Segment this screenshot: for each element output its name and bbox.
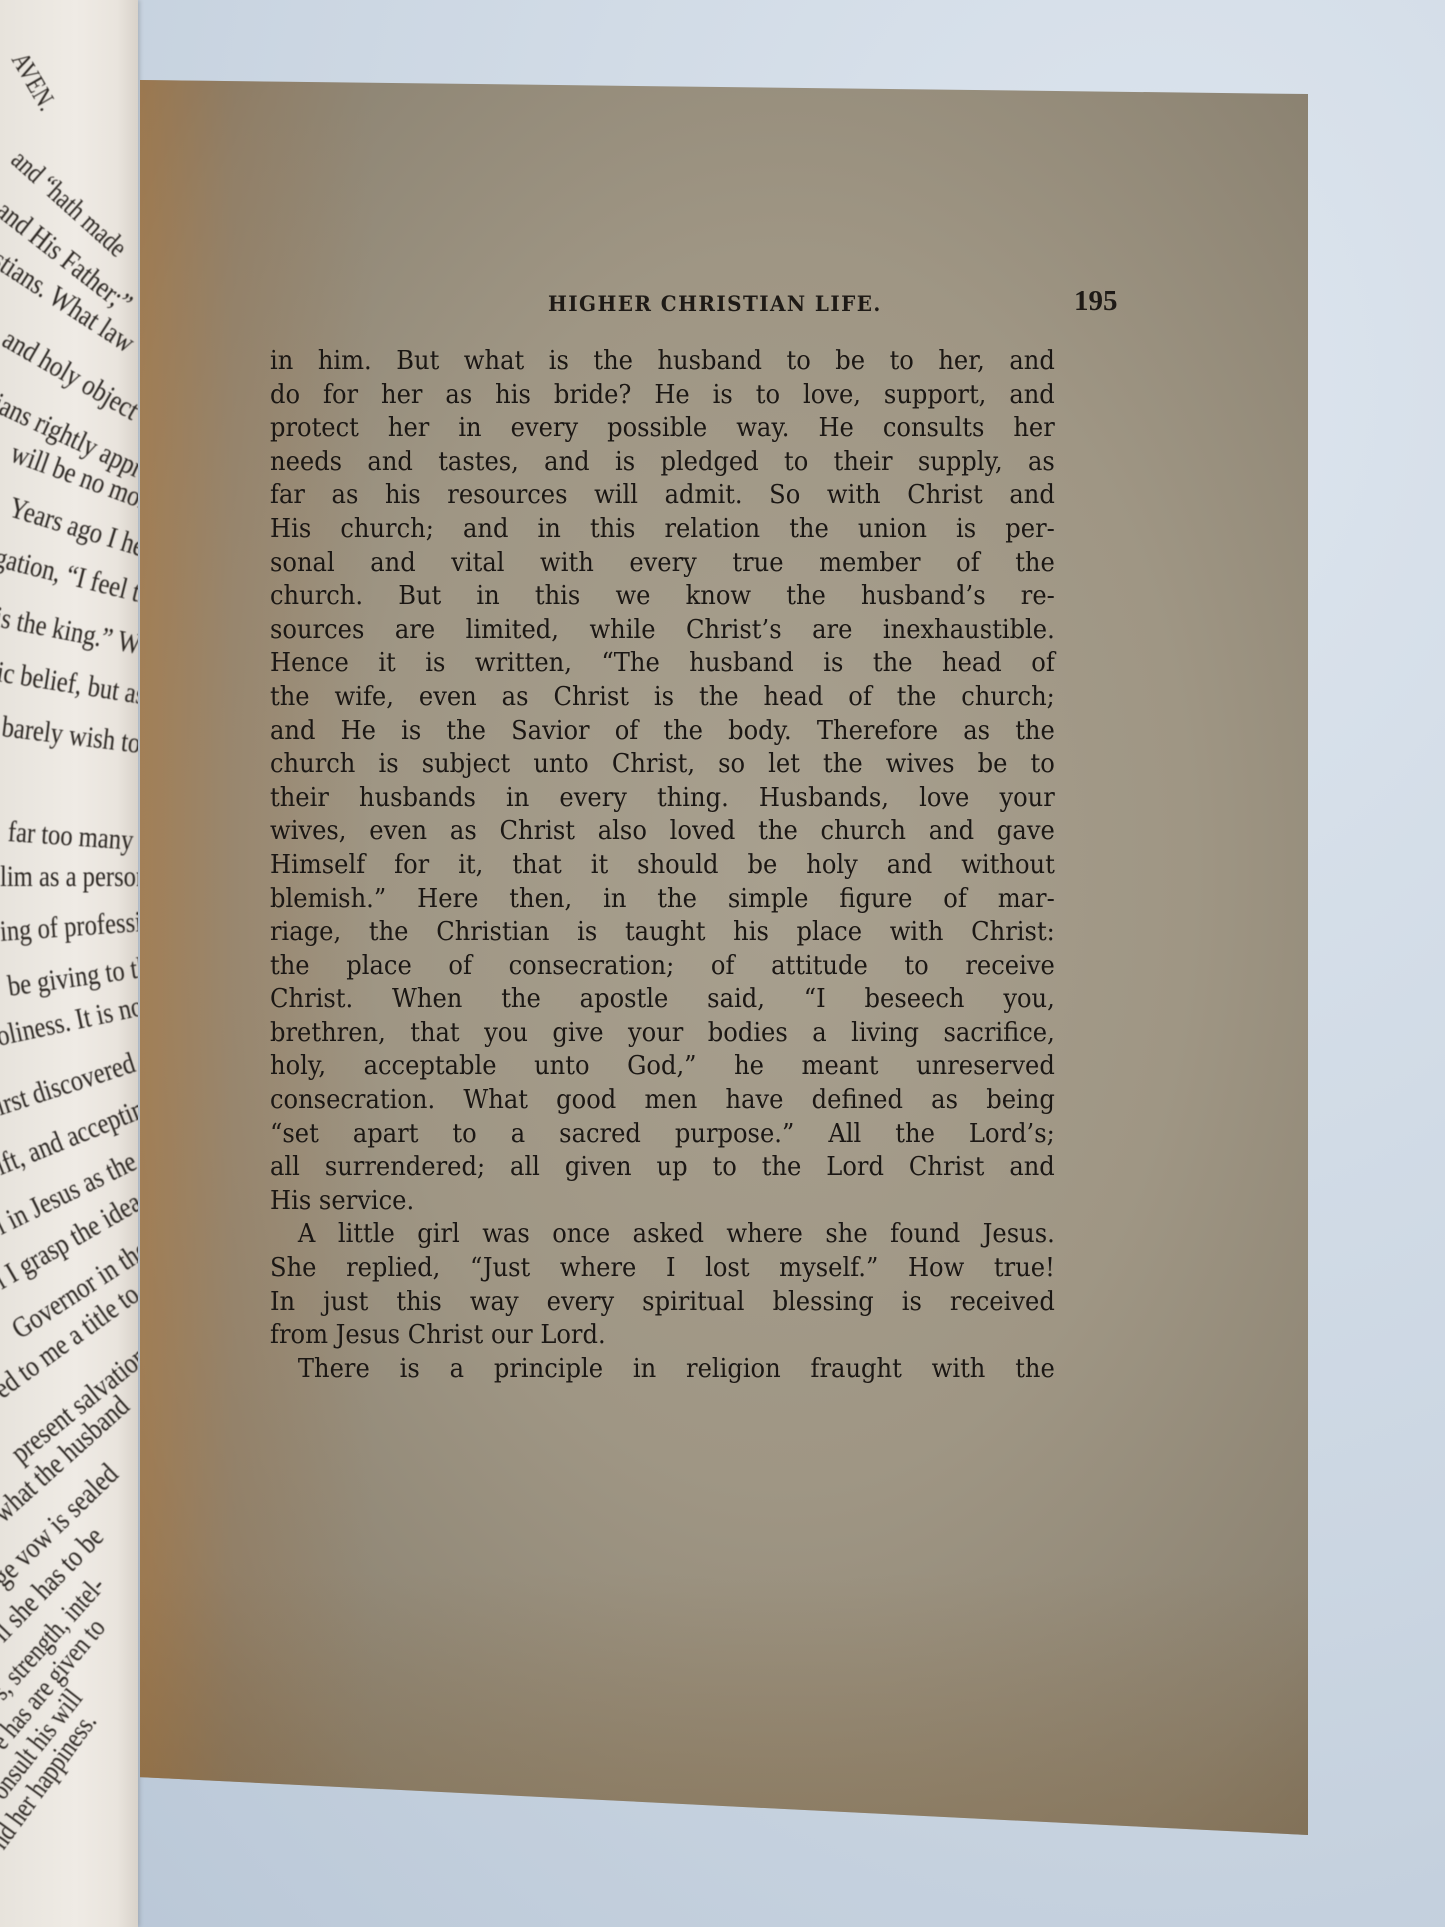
text-line: needs and tastes, and is pledged to thei… [270, 446, 1055, 480]
text-line: Christ. When the apostle said, “I beseec… [270, 983, 1055, 1017]
left-page-text-fragment: ic belief, but as I [0, 655, 138, 714]
text-line: church is subject unto Christ, so let th… [270, 748, 1055, 782]
left-page-text-fragment: is the king.” We [0, 600, 138, 663]
text-line: In just this way every spiritual blessin… [270, 1286, 1055, 1320]
text-line: A little girl was once asked where she f… [270, 1218, 1055, 1252]
text-line: protect her in every possible way. He co… [270, 412, 1055, 446]
left-page-text-fragment: ing of professional [0, 902, 138, 949]
left-page-text-fragment: barely wish to ac- [0, 710, 138, 765]
text-line: far as his resources will admit. So with… [270, 479, 1055, 513]
text-line: church. But in this we know the husband’… [270, 580, 1055, 614]
left-facing-page: AVEN.and “hath madeand His Father;”stian… [0, 0, 138, 1927]
text-line: sources are limited, while Christ’s are … [270, 614, 1055, 648]
text-line: the place of consecration; of attitude t… [270, 950, 1055, 984]
text-line: all surrendered; all given up to the Lor… [270, 1151, 1055, 1185]
text-line: and He is the Savior of the body. Theref… [270, 715, 1055, 749]
text-line: His church; and in this relation the uni… [270, 513, 1055, 547]
text-line: Hence it is written, “The husband is the… [270, 647, 1055, 681]
text-line: His service. [270, 1185, 1055, 1219]
body-text: in him. But what is the husband to be to… [270, 345, 1055, 1386]
text-line: do for her as his bride? He is to love, … [270, 379, 1055, 413]
text-line: wives, even as Christ also loved the chu… [270, 815, 1055, 849]
running-head: HIGHER CHRISTIAN LIFE. [548, 291, 882, 316]
right-page: HIGHER CHRISTIAN LIFE. 195 in him. But w… [140, 80, 1308, 1835]
text-line: consecration. What good men have defined… [270, 1084, 1055, 1118]
text-line: brethren, that you give your bodies a li… [270, 1017, 1055, 1051]
text-line: their husbands in every thing. Husbands,… [270, 782, 1055, 816]
page-number: 195 [1074, 285, 1118, 318]
text-line: There is a principle in religion fraught… [270, 1353, 1055, 1387]
text-line: in him. But what is the husband to be to… [270, 345, 1055, 379]
text-line: holy, acceptable unto God,” he meant unr… [270, 1050, 1055, 1084]
text-line: the wife, even as Christ is the head of … [270, 681, 1055, 715]
left-page-text-fragment: AVEN. [5, 48, 62, 117]
text-line: Himself for it, that it should be holy a… [270, 849, 1055, 883]
text-line: from Jesus Christ our Lord. [270, 1319, 1055, 1353]
left-page-text-fragment: far too many pro- [7, 815, 138, 861]
page-header: HIGHER CHRISTIAN LIFE. 195 [140, 285, 1308, 325]
left-page-text-fragment: lim as a personal [0, 860, 138, 894]
text-line: She replied, “Just where I lost myself.”… [270, 1252, 1055, 1286]
text-line: “set apart to a sacred purpose.” All the… [270, 1118, 1055, 1152]
text-line: sonal and vital with every true member o… [270, 547, 1055, 581]
text-line: riage, the Christian is taught his place… [270, 916, 1055, 950]
text-line: blemish.” Here then, in the simple figur… [270, 883, 1055, 917]
